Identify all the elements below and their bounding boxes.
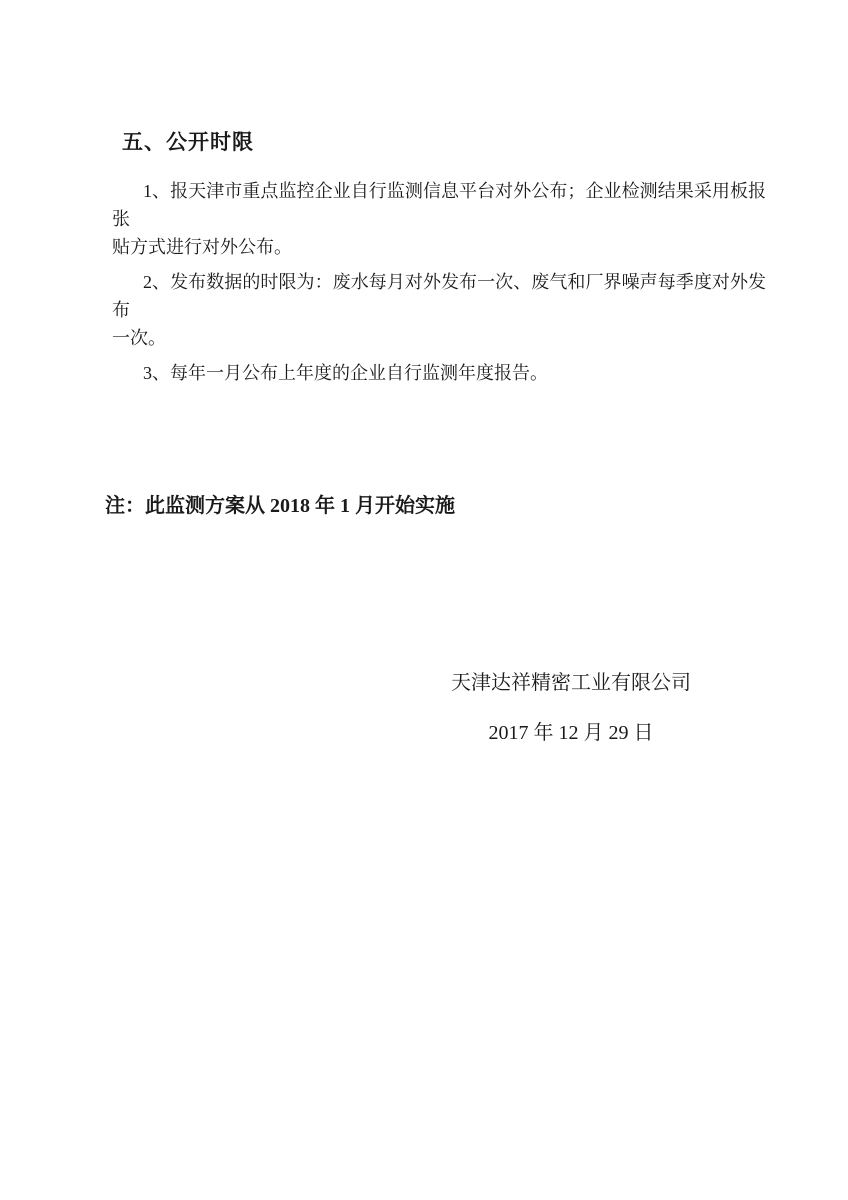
paragraph-publish-platform: 1、报天津市重点监控企业自行监测信息平台对外公布；企业检测结果采用板报张 贴方式… (112, 177, 766, 261)
signature-block: 天津达祥精密工业有限公司 2017 年 12 月 29 日 (401, 668, 741, 748)
document-page: 五、公开时限 1、报天津市重点监控企业自行监测信息平台对外公布；企业检测结果采用… (0, 0, 848, 1200)
signature-company: 天津达祥精密工业有限公司 (401, 668, 741, 698)
paragraph-line: 3、每年一月公布上年度的企业自行监测年度报告。 (112, 359, 766, 387)
paragraph-annual-report: 3、每年一月公布上年度的企业自行监测年度报告。 (112, 359, 766, 387)
section-heading: 五、公开时限 (122, 127, 766, 157)
paragraph-line: 一次。 (112, 324, 766, 352)
paragraph-publish-frequency: 2、发布数据的时限为：废水每月对外发布一次、废气和厂界噪声每季度对外发布 一次。 (112, 268, 766, 352)
paragraph-line: 贴方式进行对外公布。 (112, 233, 766, 261)
paragraph-line: 1、报天津市重点监控企业自行监测信息平台对外公布；企业检测结果采用板报张 (112, 177, 766, 233)
signature-date: 2017 年 12 月 29 日 (401, 718, 741, 748)
implementation-note: 注：此监测方案从 2018 年 1 月开始实施 (105, 491, 766, 521)
paragraph-line: 2、发布数据的时限为：废水每月对外发布一次、废气和厂界噪声每季度对外发布 (112, 268, 766, 324)
